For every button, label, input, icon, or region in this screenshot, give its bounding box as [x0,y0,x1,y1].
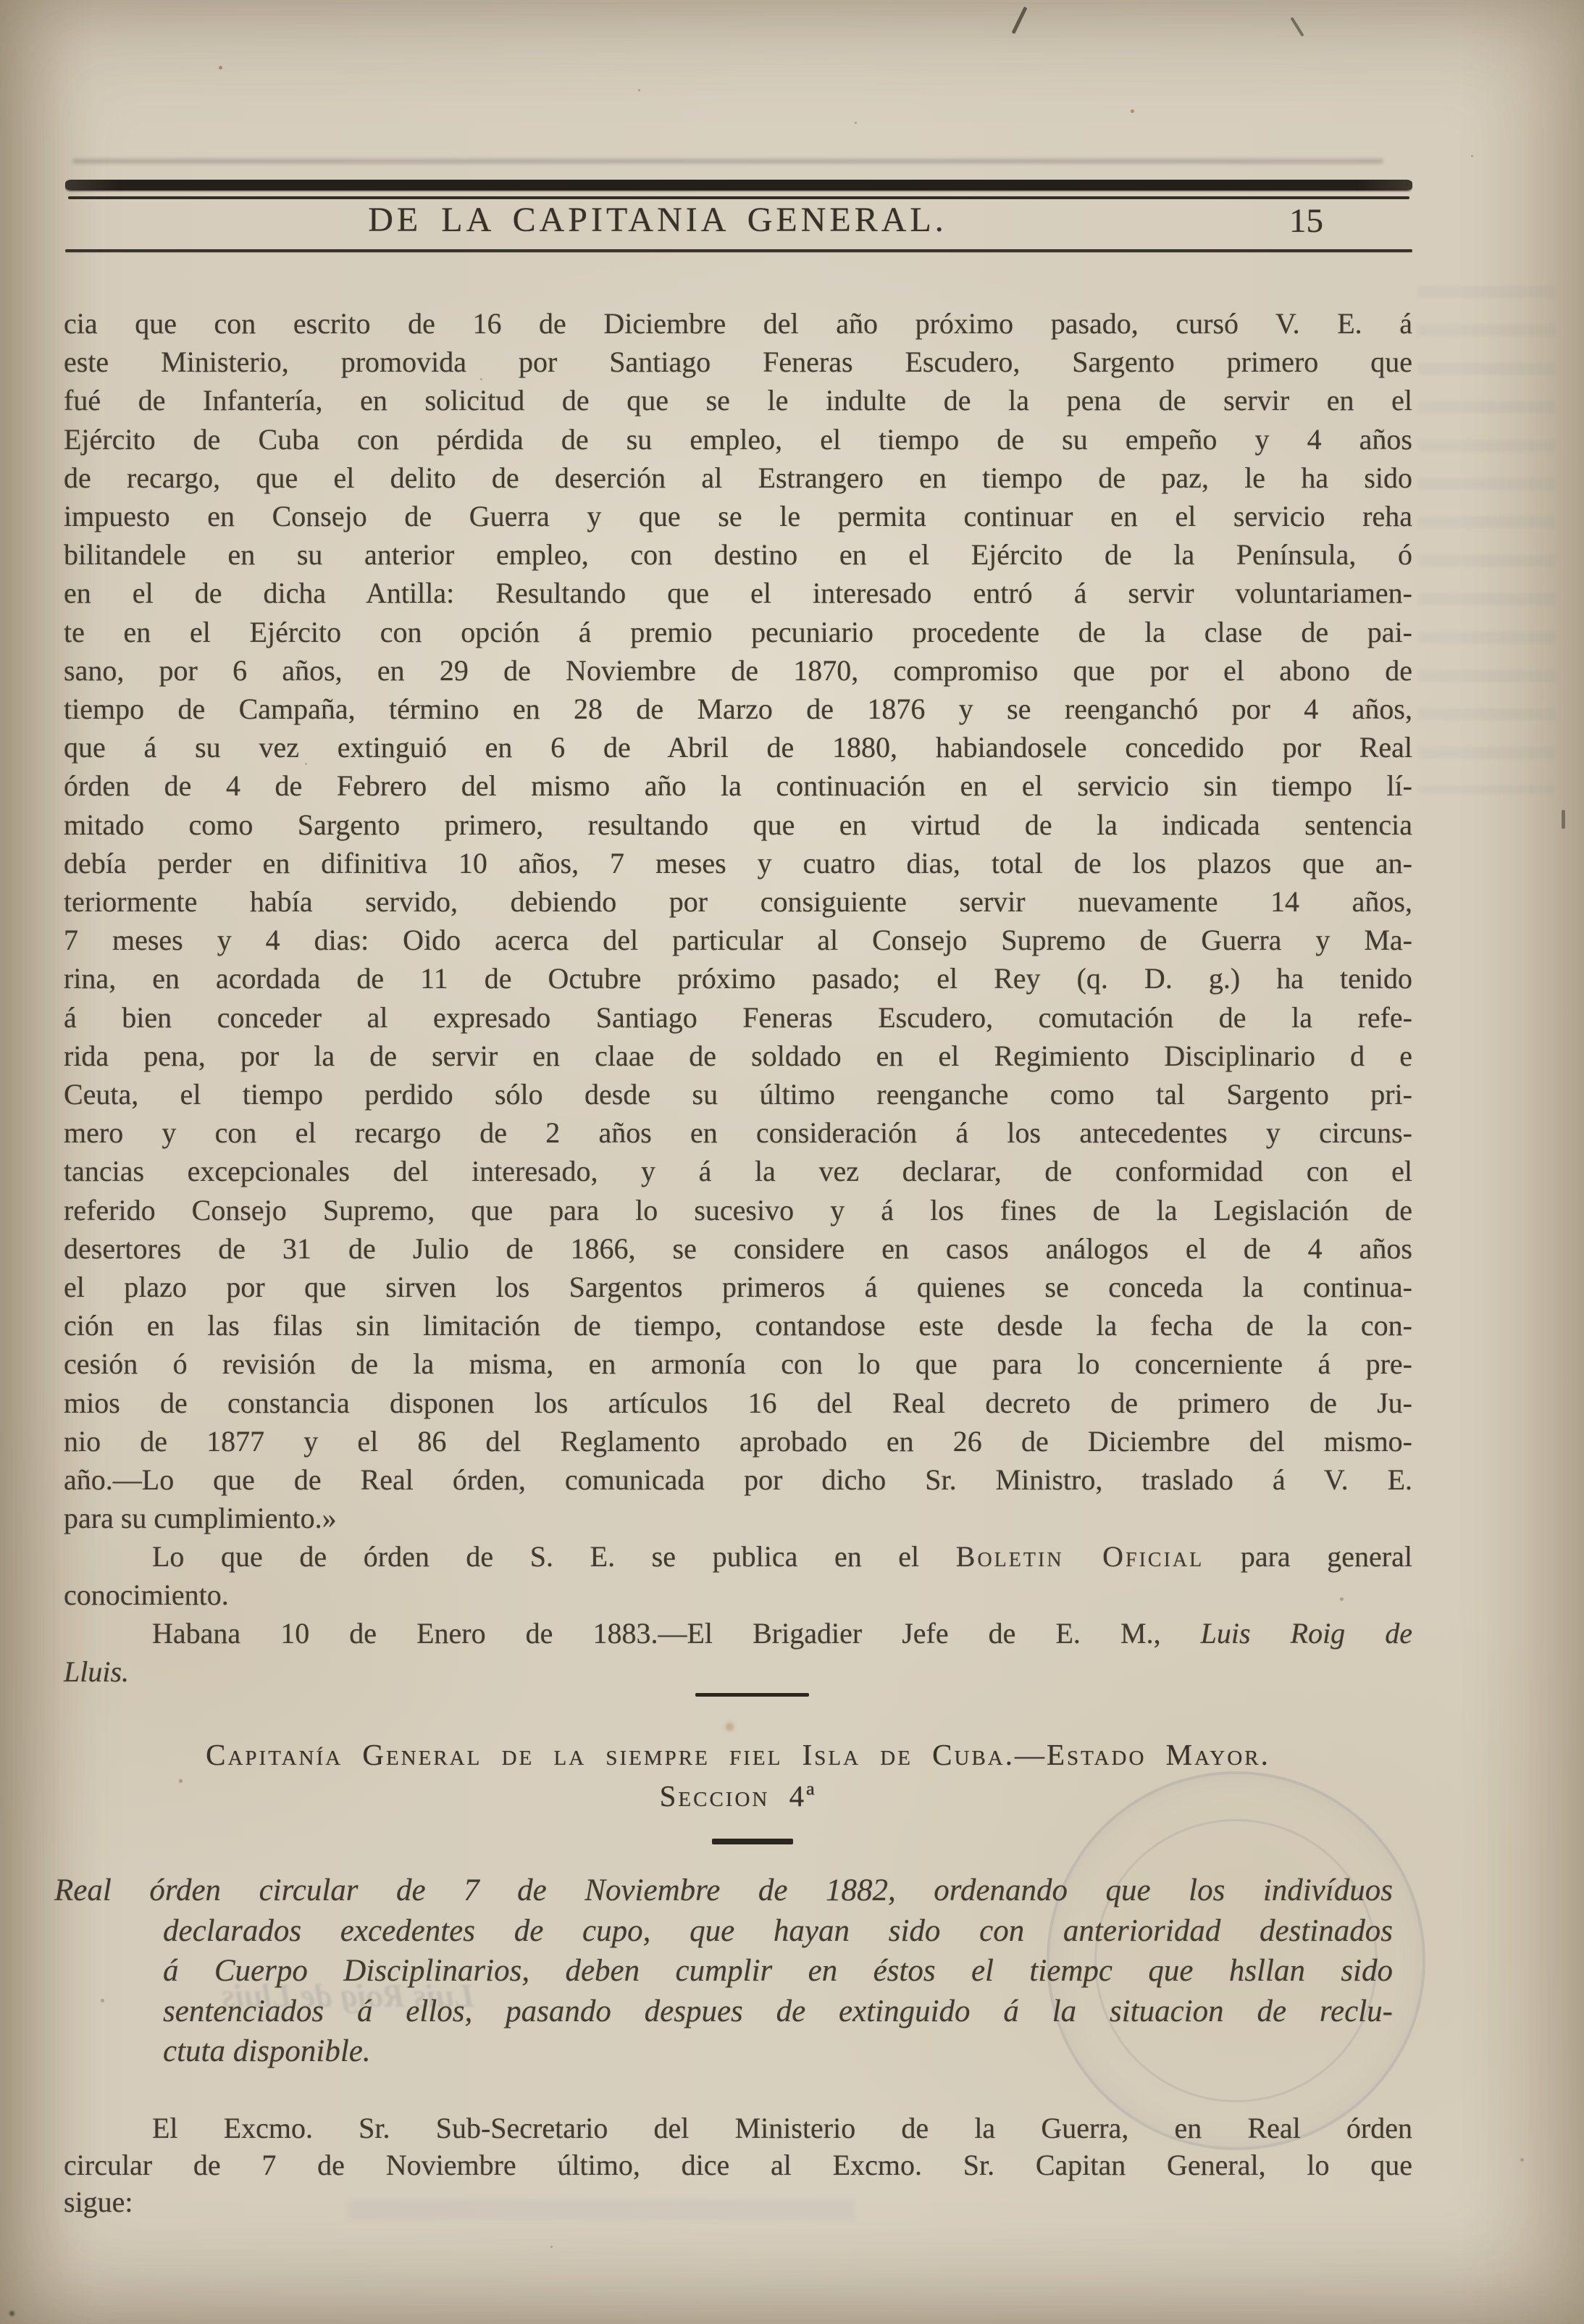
royal-order-paragraph: cia que con escrito de 16 de Diciembre d… [64,304,1412,1538]
circular-summary: Real órden circular de 7 de Noviembre de… [54,1871,1393,2072]
text-line: bilitandele en su anterior empleo, con d… [64,535,1412,574]
running-head-title: DE LA CAPITANIA GENERAL. [64,200,1252,240]
text-line: mios de constancia disponen los artículo… [64,1384,1412,1422]
text-line: para su cumplimiento.» [64,1499,1412,1537]
text-line: cesión ó revisión de la misma, en armoní… [64,1345,1412,1383]
text-line: sano, por 6 años, en 29 de Noviembre de … [64,651,1412,690]
text-line: desertores de 31 de Julio de 1866, se co… [64,1229,1412,1268]
section-heading-capitania: Capitanía General de la siempre fiel Isl… [64,1737,1412,1772]
dateline-text: Habana 10 de Enero de 1883.—El Brigadier… [152,1617,1201,1650]
text-line: sentenciados á ellos, pasando despues de… [54,1991,1393,2032]
text-line: mitado como Sargento primero, resultando… [64,806,1412,844]
text-line: mero y con el recargo de 2 años en consi… [64,1113,1412,1152]
section-divider-rule [695,1693,809,1697]
boletin-oficial-smallcaps: Boletin Oficial [956,1540,1204,1573]
scanned-document-page: Luis Roig de Lluis DE LA CAPITANIA GENER… [0,0,1584,2324]
section-divider-rule [712,1839,793,1844]
text-line: ctuta disponible. [54,2031,1393,2072]
text-line: que á su vez extinguió en 6 de Abril de … [64,728,1412,766]
text-line: de recargo, que el delito de deserción a… [64,459,1412,497]
text-line: debía perder en difinitiva 10 años, 7 me… [64,844,1412,882]
ink-mark [1562,810,1565,829]
header-rule-thin [68,196,1409,199]
ink-mark [1290,17,1304,37]
text-line: teriormente había servido, debiendo por … [64,882,1412,921]
paper-specks [0,0,2,2]
text-line: rida pena, por la de servir en claae de … [64,1037,1412,1075]
text-line: Ejército de Cuba con pérdida de su emple… [64,420,1412,459]
publish-text-pre: Lo que de órden de S. E. se publica en e… [152,1540,956,1573]
text-line: cia que con escrito de 16 de Diciembre d… [64,304,1412,343]
ink-mark [1011,7,1027,34]
text-line: El Excmo. Sr. Sub-Secretario del Ministe… [64,2110,1412,2147]
text-line: este Ministerio, promovida por Santiago … [64,343,1412,381]
text-line: 7 meses y 4 dias: Oido acerca del partic… [64,921,1412,959]
text-line: Real órden circular de 7 de Noviembre de… [54,1871,1393,1911]
text-line: rina, en acordada de 11 de Octubre próxi… [64,959,1412,998]
text-line: tiempo de Campaña, término en 28 de Marz… [64,690,1412,728]
text-line: tancias excepcionales del interesado, y … [64,1152,1412,1190]
ink-bleed-line [72,159,1383,164]
text-line: el plazo por que sirven los Sargentos pr… [64,1268,1412,1306]
signature-name-part1: Luis Roig de [1201,1617,1412,1650]
text-line: ción en las filas sin limitación de tiem… [64,1306,1412,1345]
text-line: conocimiento. [64,1576,1412,1614]
signature-name-part2: Lluis. [64,1652,1412,1691]
text-line: nio de 1877 y el 86 del Reglamento aprob… [64,1422,1412,1460]
text-line: Lo que de órden de S. E. se publica en e… [64,1537,1412,1576]
text-line: Ceuta, el tiempo perdido sólo desde su ú… [64,1075,1412,1113]
text-line: Habana 10 de Enero de 1883.—El Brigadier… [64,1614,1412,1652]
header-rule-bottom [65,249,1412,252]
text-line: declarados excedentes de cupo, que hayan… [54,1911,1393,1952]
text-line: á Cuerpo Disciplinarios, deben cumplir e… [54,1951,1393,1991]
header-rule-thick [65,180,1412,191]
page-number: 15 [1289,201,1323,241]
closing-paragraph: El Excmo. Sr. Sub-Secretario del Ministe… [64,2110,1412,2220]
text-line: impuesto en Consejo de Guerra y que se l… [64,497,1412,535]
section-heading-seccion: Seccion 4ª [64,1778,1412,1813]
dateline-paragraph: Habana 10 de Enero de 1883.—El Brigadier… [64,1614,1412,1691]
text-line: en el de dicha Antilla: Resultando que e… [64,574,1412,612]
text-line: año.—Lo que de Real órden, comunicada po… [64,1460,1412,1499]
text-line: circular de 7 de Noviembre último, dice … [64,2147,1412,2183]
publish-text-post: para general [1204,1540,1412,1573]
text-line: sigue: [64,2183,1412,2220]
publication-paragraph: Lo que de órden de S. E. se publica en e… [64,1537,1412,1614]
text-line: fué de Infantería, en solicitud de que s… [64,381,1412,419]
ink-bleed-column [1418,286,1556,793]
text-line: á bien conceder al expresado Santiago Fe… [64,998,1412,1037]
text-line: órden de 4 de Febrero del mismo año la c… [64,766,1412,805]
text-line: te en el Ejército con opción á premio pe… [64,613,1412,651]
text-line: referido Consejo Supremo, que para lo su… [64,1191,1412,1229]
